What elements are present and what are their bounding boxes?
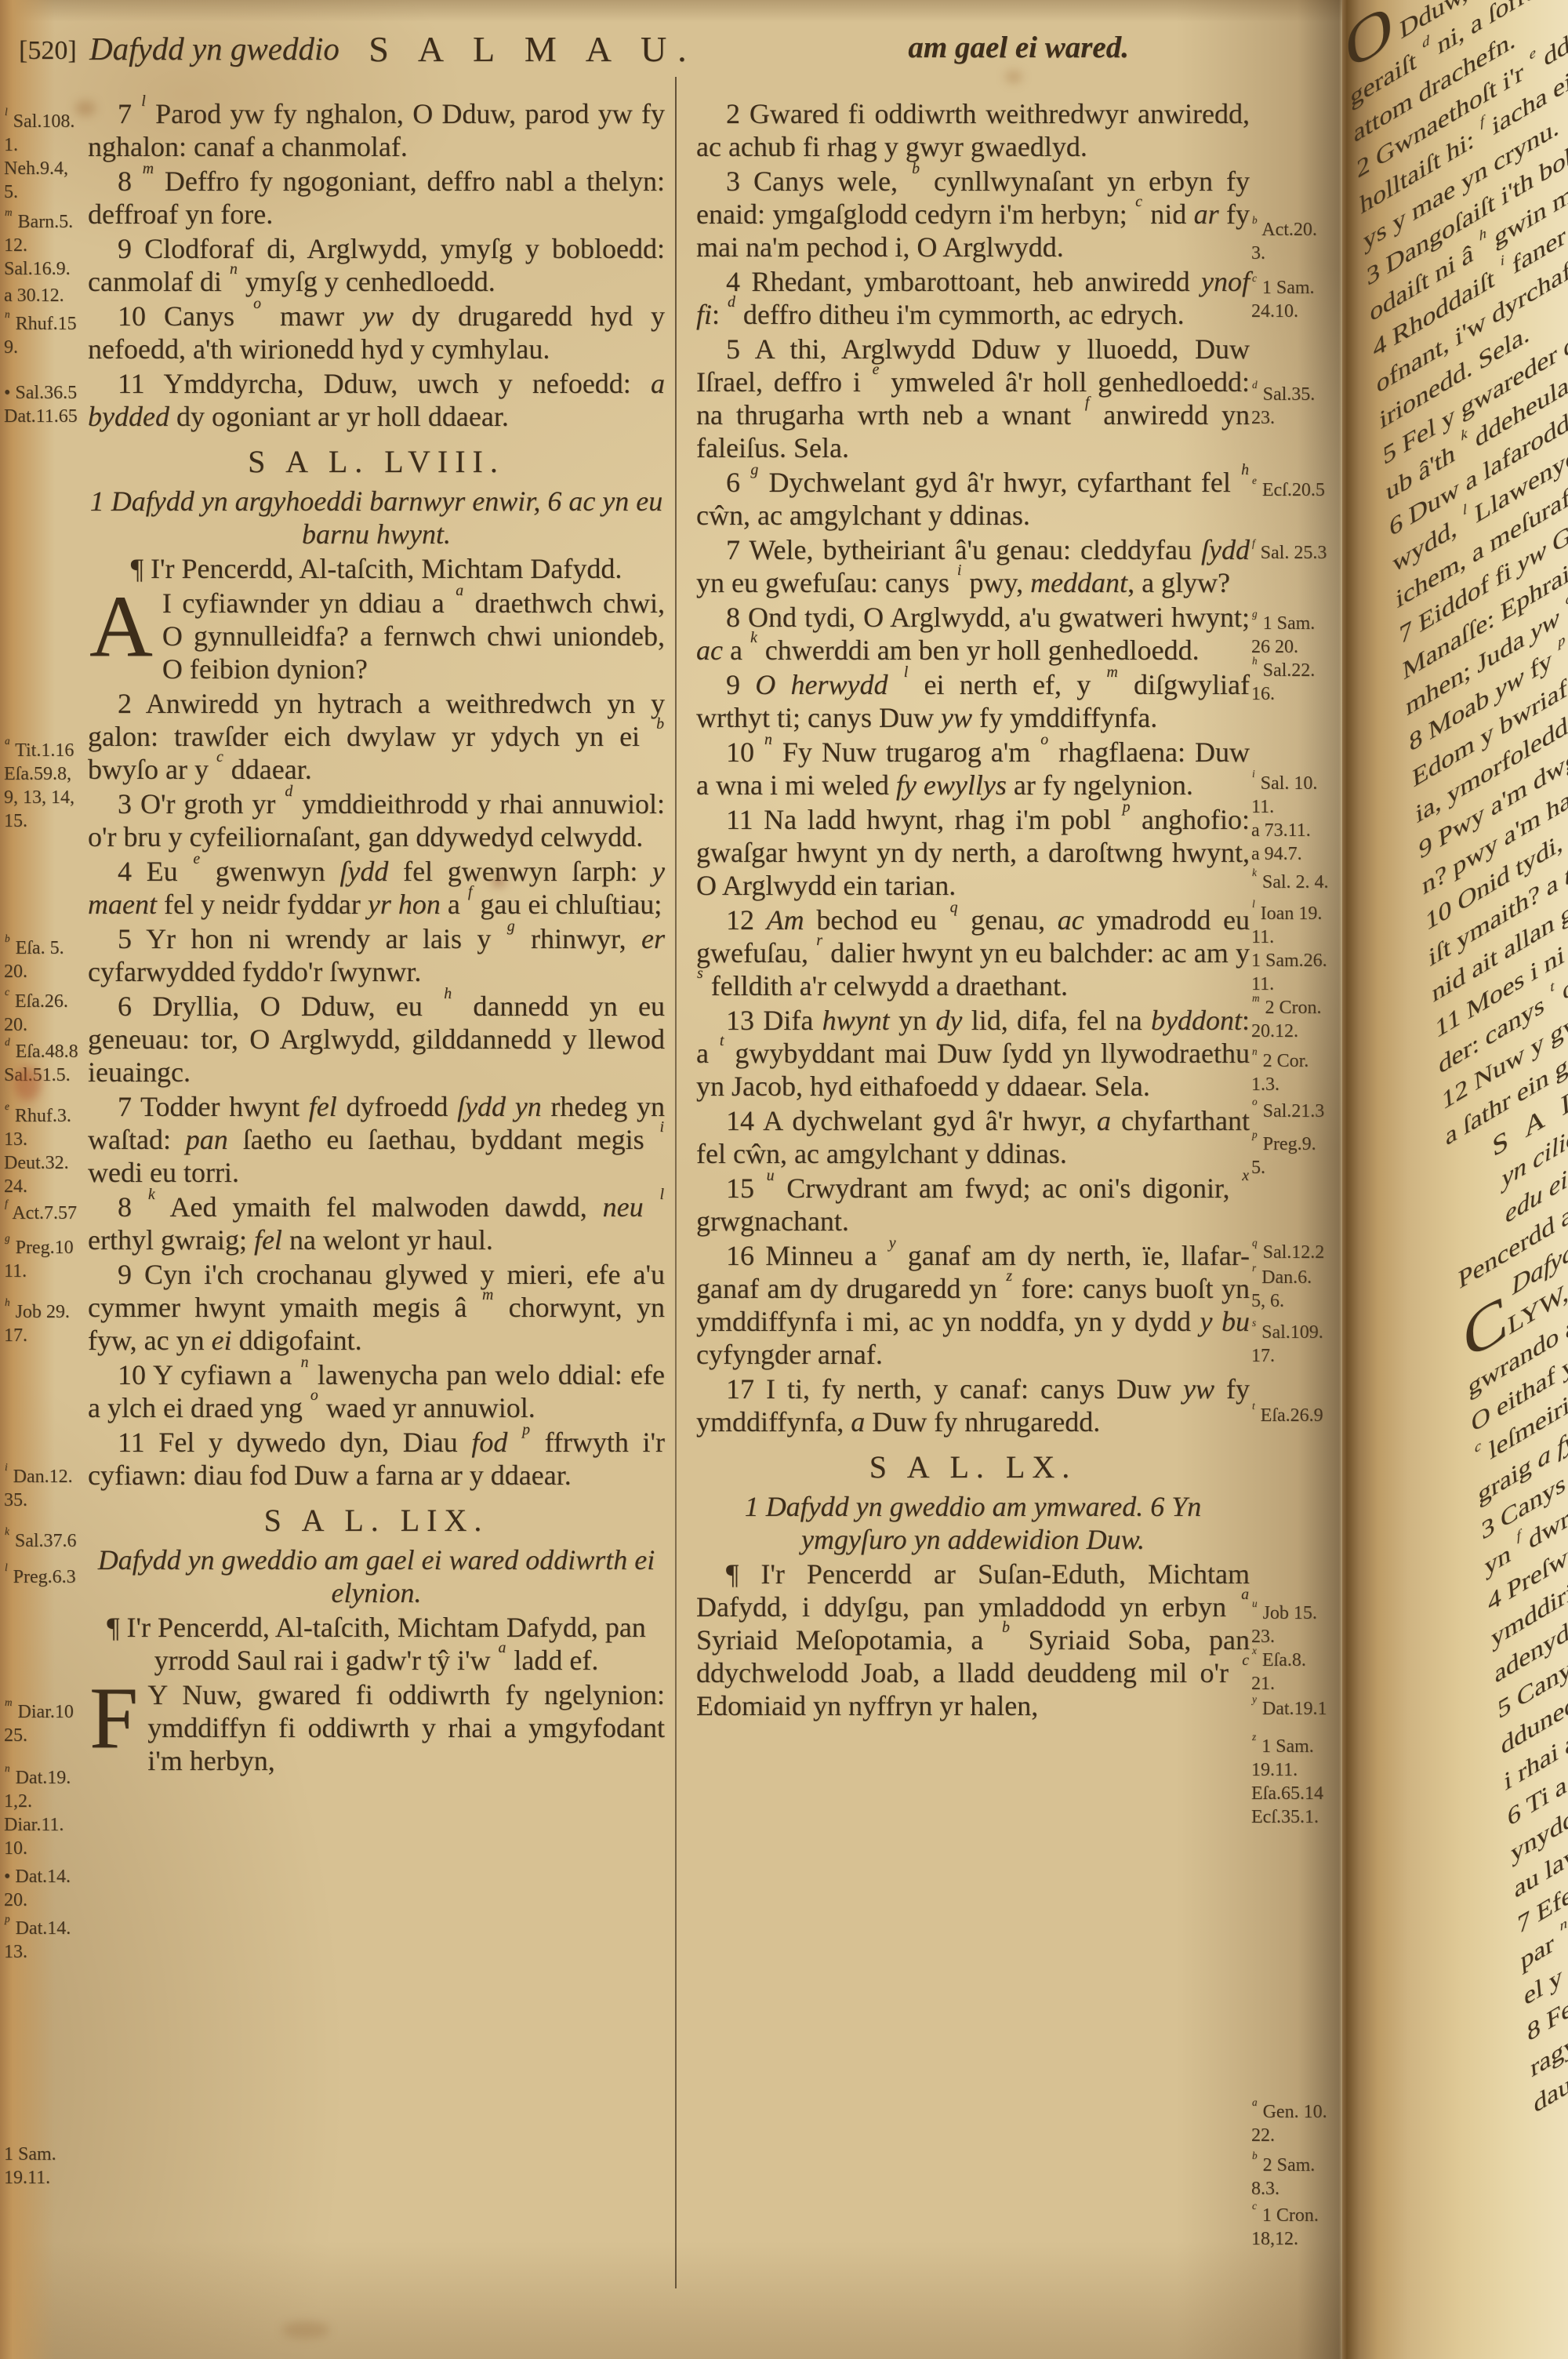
curled-page-text: O Dduw, bwriaiſt nigeraiſt d ni, a ſorra… <box>1345 0 1568 2231</box>
verse-paragraph: AI cyfiawnder yn ddiau a a draethwch chw… <box>88 587 665 685</box>
curled-next-page: O Dduw, bwriaiſt nigeraiſt d ni, a ſorra… <box>1342 0 1568 2359</box>
verse-paragraph: 15 u Crwydrant am fwyd; ac oni's digonir… <box>696 1172 1250 1238</box>
margin-reference: k Sal. 2. 4. <box>1251 871 1341 894</box>
margin-reference: o Sal.21.3 <box>1251 1100 1341 1123</box>
margin-reference: y Dat.19.1 <box>1251 1697 1341 1721</box>
verse-paragraph: 14 A dychwelant gyd â'r hwyr, a chyfarth… <box>696 1104 1250 1170</box>
margin-reference: p Dat.14.13. <box>4 1917 85 1964</box>
verse-paragraph: 13 Difa hwynt yn dy lid, difa, fel na by… <box>696 1004 1250 1103</box>
margin-reference: b Act.20.3. <box>1251 218 1341 265</box>
paper-stain <box>14 1067 41 1101</box>
margin-reference: 1 Sam.19.11. <box>4 2143 85 2190</box>
verse-paragraph: 5 Yr hon ni wrendy ar lais y g rhinwyr, … <box>88 922 665 988</box>
verse-paragraph: 5 A thi, Arglwydd Dduw y lluoedd, Duw Iſ… <box>696 333 1250 464</box>
margin-reference: z 1 Sam.19.11.Eſa.65.14Ecſ.35.1. <box>1251 1735 1341 1829</box>
verse-paragraph: 1 Dafydd yn gweddio am ymwared. 6 Yn ymg… <box>696 1490 1250 1556</box>
margin-reference: d Sal.35.23. <box>1251 383 1341 430</box>
margin-reference: g Preg.1011. <box>4 1236 85 1283</box>
verse-paragraph: 10 Canys o mawr yw dy drugaredd hyd y ne… <box>88 300 665 365</box>
verse-paragraph: Dafydd yn gweddio am gael ei wared oddiw… <box>88 1543 665 1609</box>
verse-paragraph: 10 n Fy Nuw trugarog a'm o rhagflaena: D… <box>696 736 1250 801</box>
verse-paragraph: 1 Dafydd yn argyhoeddi barnwyr enwir, 6 … <box>88 485 665 551</box>
verse-paragraph: ¶ I'r Pencerdd, Al-taſcith, Michtam Dafy… <box>88 1611 665 1677</box>
right-margin-references: b Act.20.3.c 1 Sam.24.10.d Sal.35.23.e E… <box>1251 0 1341 2359</box>
margin-reference: n Rhuf.159. <box>4 312 85 359</box>
margin-reference: f Act.7.57 <box>4 1201 85 1225</box>
margin-reference: c 1 Sam.24.10. <box>1251 276 1341 323</box>
margin-reference: g 1 Sam.26 20.h Sal.22.16. <box>1251 612 1341 706</box>
margin-reference: t Eſa.26.9 <box>1251 1404 1341 1427</box>
verse-paragraph: 7 Todder hwynt fel dyfroedd ſydd yn rhed… <box>88 1090 665 1189</box>
verse-paragraph: 11 Na ladd hwynt, rhag i'm pobl p anghof… <box>696 803 1250 902</box>
margin-reference: • Sal.36.5Dat.11.65 <box>4 381 85 428</box>
verse-paragraph: 9 Clodforaf di, Arglwydd, ymyſg y bobloe… <box>88 232 665 298</box>
paper-stain <box>282 2321 329 2339</box>
verse-paragraph: 6 g Dychwelant gyd â'r hwyr, cyfarthant … <box>696 466 1250 532</box>
margin-reference: c Eſa.26.20. <box>4 990 85 1037</box>
margin-reference: i Sal. 10.11.a 73.11.a 94.7. <box>1251 772 1341 866</box>
margin-reference: r Dan.6.5, 6. <box>1251 1266 1341 1313</box>
margin-reference: a Tit.1.16Eſa.59.8,9, 13, 14,15. <box>4 739 85 833</box>
verse-paragraph: 6 Dryllia, O Dduw, eu h dannedd yn eu ge… <box>88 990 665 1089</box>
margin-reference: n Dat.19.1,2.Diar.11.10. <box>4 1766 85 1860</box>
margin-reference: l Ioan 19.11.1 Sam.26.11. <box>1251 902 1341 996</box>
verse-paragraph: 11 Fel y dywedo dyn, Diau fod p ffrwyth … <box>88 1426 665 1492</box>
verse-paragraph: 2 Anwiredd yn hytrach a weithredwch yn y… <box>88 687 665 786</box>
margin-reference: m Diar.1025. <box>4 1700 85 1747</box>
margin-reference: n 2 Cor.1.3. <box>1251 1049 1341 1096</box>
running-head-right: am gael ei wared. <box>839 30 1129 65</box>
margin-reference: k Sal.37.6 <box>4 1529 85 1553</box>
running-head-left: Dafydd yn gweddio <box>89 30 339 67</box>
margin-reference: a 30.12. <box>4 284 85 307</box>
verse-paragraph: 7 l Parod yw fy nghalon, O Dduw, parod y… <box>88 97 665 163</box>
margin-reference: • Dat.14.20. <box>4 1865 85 1912</box>
right-text-column: 2 Gwared fi oddiwrth weithredwyr anwired… <box>696 97 1250 1724</box>
verse-paragraph: ¶ I'r Pencerdd ar Suſan-Eduth, Michtam D… <box>696 1558 1250 1722</box>
margin-reference: s Sal.109.17. <box>1251 1321 1341 1368</box>
verse-paragraph: 9 O herwydd l ei nerth ef, y m diſgwylia… <box>696 668 1250 734</box>
verse-paragraph: 8 k Aed ymaith fel malwoden dawdd, neu l… <box>88 1190 665 1256</box>
margin-reference: p Preg.9.5. <box>1251 1132 1341 1179</box>
margin-reference: m 2 Cron.20.12. <box>1251 996 1341 1043</box>
verse-paragraph: 4 Rhedant, ymbarottoant, heb anwiredd yn… <box>696 265 1250 331</box>
paper-stain <box>1005 71 1022 83</box>
verse-paragraph: 8 Ond tydi, O Arglwydd, a'u gwatweri hwy… <box>696 601 1250 667</box>
verse-paragraph: ¶ I'r Pencerdd, Al-taſcith, Michtam Dafy… <box>88 552 665 585</box>
margin-reference: f Sal. 25.3 <box>1251 541 1341 565</box>
margin-reference: e Ecſ.20.5 <box>1251 478 1341 502</box>
margin-reference: m Barn.5.12.Sal.16.9. <box>4 210 85 281</box>
margin-reference: a Gen. 10.22. <box>1251 2100 1341 2147</box>
verse-paragraph: 8 m Deffro fy ngogoniant, deffro nabl a … <box>88 165 665 231</box>
verse-paragraph: 3 Canys wele, b cynllwynaſant yn erbyn f… <box>696 165 1250 264</box>
left-margin-references: l Sal.108.1.Neh.9.4,5.m Barn.5.12.Sal.16… <box>4 0 85 2359</box>
left-text-column: 7 l Parod yw fy nghalon, O Dduw, parod y… <box>88 97 665 1779</box>
verse-paragraph: 4 Eu e gwenwyn ſydd fel gwenwyn ſarph: y… <box>88 855 665 921</box>
margin-reference: c 1 Cron.18,12. <box>1251 2204 1341 2251</box>
verse-paragraph: S A L. LX. <box>696 1451 1250 1484</box>
verse-paragraph: 7 Wele, bytheiriant â'u genau: cleddyfau… <box>696 533 1250 599</box>
verse-paragraph: 9 Cyn i'ch crochanau glywed y mieri, efe… <box>88 1258 665 1357</box>
margin-reference: e Rhuf.3.13.Deut.32.24. <box>4 1104 85 1198</box>
margin-reference: b 2 Sam.8.3. <box>1251 2154 1341 2201</box>
column-divider-rule <box>675 77 677 2288</box>
paper-stain <box>492 877 505 886</box>
margin-reference: b Eſa. 5.20. <box>4 936 85 983</box>
scanned-bible-page: [520] Dafydd yn gweddio S A L M A U. am … <box>0 0 1568 2359</box>
page-header: [520] Dafydd yn gweddio S A L M A U. am … <box>0 28 1342 83</box>
verse-paragraph: 10 Y cyfiawn a n lawenycha pan welo ddia… <box>88 1358 665 1424</box>
verse-paragraph: S A L. LVIII. <box>88 445 665 478</box>
margin-reference: i Dan.12.35. <box>4 1465 85 1512</box>
margin-reference: l Sal.108.1.Neh.9.4,5. <box>4 110 85 204</box>
verse-paragraph: 2 Gwared fi oddiwrth weithredwyr anwired… <box>696 97 1250 163</box>
paper-stain <box>75 100 96 116</box>
verse-paragraph: S A L. LIX. <box>88 1504 665 1537</box>
margin-reference: q Sal.12.2 <box>1251 1241 1341 1264</box>
verse-paragraph: 17 I ti, fy nerth, y canaf: canys Duw yw… <box>696 1372 1250 1438</box>
verse-paragraph: 3 O'r groth yr d ymddieithrodd y rhai an… <box>88 787 665 853</box>
verse-paragraph: FY Nuw, gwared fi oddiwrth fy ngelynion:… <box>88 1678 665 1777</box>
margin-reference: h Job 29.17. <box>4 1300 85 1347</box>
margin-reference: u Job 15.23.x Eſa.8.21. <box>1251 1601 1341 1696</box>
book-title: S A L M A U. <box>361 28 706 70</box>
verse-paragraph: 16 Minneu a y ganaf am dy nerth, ïe, lla… <box>696 1239 1250 1371</box>
verse-paragraph: 11 Ymddyrcha, Dduw, uwch y nefoedd: a by… <box>88 367 665 433</box>
margin-reference: l Preg.6.3 <box>4 1565 85 1589</box>
verse-paragraph: 12 Am bechod eu q genau, ac ymadrodd eu … <box>696 903 1250 1002</box>
